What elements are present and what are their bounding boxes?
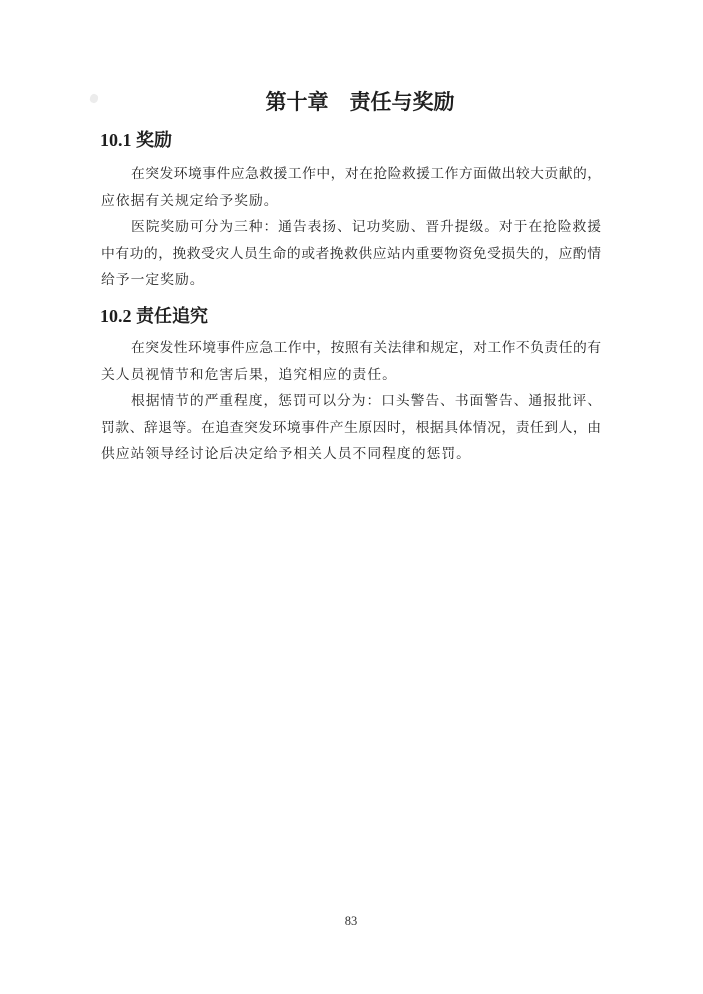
paragraph-line: 医院奖励可分为三种：通告表扬、记功奖励、晋升提级。对于在抢险救援 [101,214,601,241]
paragraph-accountability-1: 在突发性环境事件应急工作中，按照有关法律和规定，对工作不负责任的有 关人员视情节… [101,335,601,388]
document-page: 第十章 责任与奖励 10.1 奖励 在突发环境事件应急救援工作中，对在抢险救援工… [0,0,703,994]
paragraph-line: 中有功的，挽救受灾人员生命的或者挽救供应站内重要物资免受损失的，应酌情 [101,241,601,268]
chapter-title: 第十章 责任与奖励 [0,89,703,116]
paragraph-line: 关人员视情节和危害后果，追究相应的责任。 [101,362,601,389]
section-heading-10-2: 10.2 责任追究 [100,304,600,328]
paragraph-line: 根据情节的严重程度，惩罚可以分为：口头警告、书面警告、通报批评、 [101,388,601,415]
paragraph-accountability-2: 根据情节的严重程度，惩罚可以分为：口头警告、书面警告、通报批评、 罚款、辞退等。… [101,388,601,468]
paragraph-rewards-2: 医院奖励可分为三种：通告表扬、记功奖励、晋升提级。对于在抢险救援 中有功的，挽救… [101,214,601,294]
paragraph-line: 应依据有关规定给予奖励。 [101,188,601,215]
section-heading-10-1: 10.1 奖励 [100,128,600,152]
paragraph-line: 给予一定奖励。 [101,267,601,294]
page-number: 83 [101,913,601,929]
paragraph-line: 供应站领导经讨论后决定给予相关人员不同程度的惩罚。 [101,441,601,468]
paragraph-line: 在突发性环境事件应急工作中，按照有关法律和规定，对工作不负责任的有 [101,335,601,362]
paragraph-line: 罚款、辞退等。在追查突发环境事件产生原因时，根据具体情况，责任到人，由 [101,415,601,442]
paragraph-rewards-1: 在突发环境事件应急救援工作中，对在抢险救援工作方面做出较大贡献的， 应依据有关规… [101,161,601,214]
paragraph-line: 在突发环境事件应急救援工作中，对在抢险救援工作方面做出较大贡献的， [101,161,601,188]
